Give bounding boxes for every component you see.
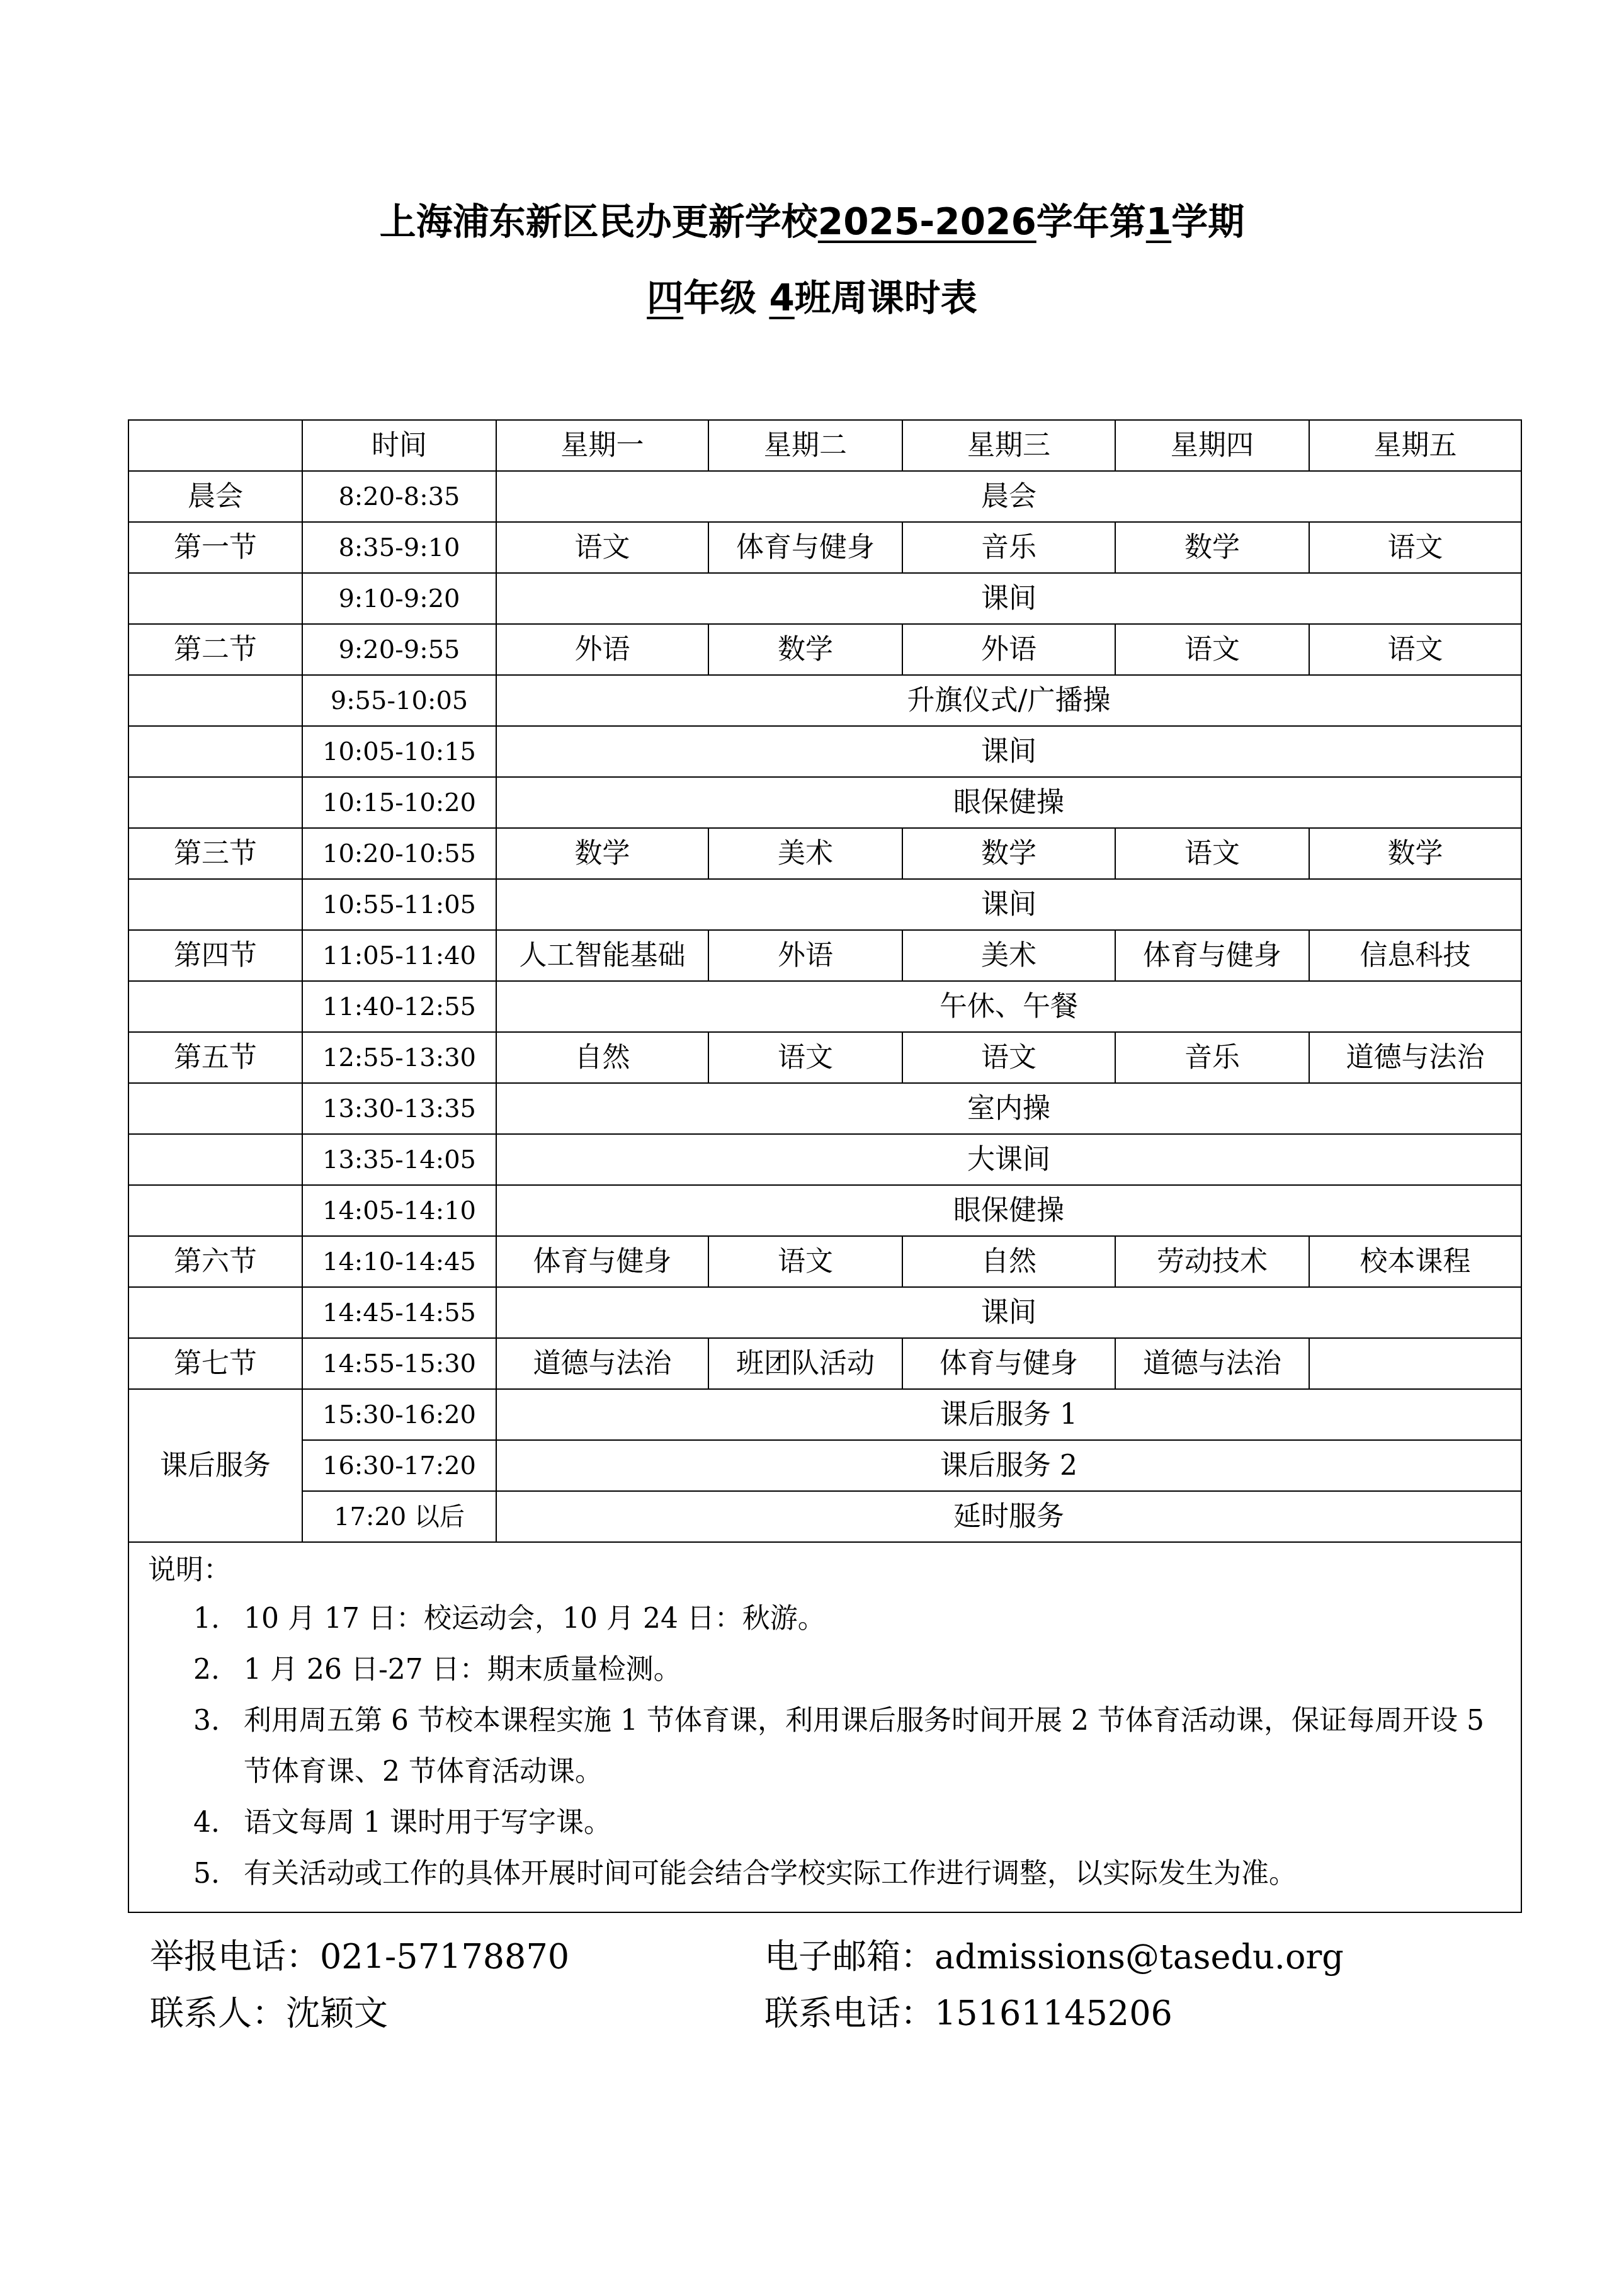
- subject-cell: 体育与健身: [1115, 930, 1309, 981]
- time-cell: 14:55-15:30: [302, 1338, 496, 1389]
- activity-cell: 午休、午餐: [496, 981, 1521, 1032]
- time-cell: 9:10-9:20: [302, 573, 496, 624]
- subject-cell: 外语: [708, 930, 902, 981]
- activity-cell: 课间: [496, 573, 1521, 624]
- subject-cell: 语文: [708, 1032, 902, 1083]
- period-cell: [128, 726, 302, 777]
- subject-cell: 语文: [1309, 522, 1521, 573]
- subtitle-text: 年级: [683, 276, 756, 319]
- table-row: 第六节14:10-14:45体育与健身语文自然劳动技术校本课程: [128, 1236, 1521, 1287]
- table-row: 10:15-10:20眼保健操: [128, 777, 1521, 828]
- table-row: 课后服务15:30-16:20课后服务 1: [128, 1389, 1521, 1440]
- grade: 四: [647, 276, 683, 319]
- subject-cell: 美术: [708, 828, 902, 879]
- note-text: 语文每周 1 课时用于写字课。: [244, 1797, 1508, 1848]
- table-row: 14:45-14:55课间: [128, 1287, 1521, 1338]
- subject-cell: 道德与法治: [496, 1338, 708, 1389]
- time-cell: 8:20-8:35: [302, 471, 496, 522]
- time-cell: 13:35-14:05: [302, 1134, 496, 1185]
- subject-cell: 体育与健身: [496, 1236, 708, 1287]
- document-subtitle: 四年级 4班周课时表: [0, 276, 1624, 320]
- time-cell: 10:15-10:20: [302, 777, 496, 828]
- subject-cell: 语文: [902, 1032, 1115, 1083]
- subject-cell: [1309, 1338, 1521, 1389]
- activity-cell: 室内操: [496, 1083, 1521, 1134]
- table-row: 10:05-10:15课间: [128, 726, 1521, 777]
- period-cell: 第一节: [128, 522, 302, 573]
- subject-cell: 数学: [902, 828, 1115, 879]
- period-cell: [128, 573, 302, 624]
- time-cell: 17:20 以后: [302, 1491, 496, 1542]
- time-cell: 11:05-11:40: [302, 930, 496, 981]
- table-row: 17:20 以后延时服务: [128, 1491, 1521, 1542]
- note-number: 1.: [193, 1593, 244, 1644]
- subject-cell: 语文: [496, 522, 708, 573]
- activity-cell: 课间: [496, 1287, 1521, 1338]
- note-item: 4.语文每周 1 课时用于写字课。: [129, 1797, 1521, 1848]
- period-cell: [128, 1287, 302, 1338]
- time-cell: 12:55-13:30: [302, 1032, 496, 1083]
- time-cell: 10:05-10:15: [302, 726, 496, 777]
- subject-cell: 班团队活动: [708, 1338, 902, 1389]
- timetable-body: 时间 星期一 星期二 星期三 星期四 星期五 晨会8:20-8:35晨会第一节8…: [128, 420, 1521, 1542]
- header-cell: 星期二: [708, 420, 902, 471]
- time-cell: 16:30-17:20: [302, 1440, 496, 1491]
- period-cell: [128, 1185, 302, 1236]
- header-cell: 星期三: [902, 420, 1115, 471]
- note-text: 10 月 17 日：校运动会，10 月 24 日：秋游。: [244, 1593, 1508, 1644]
- title-text: 学年第: [1036, 200, 1146, 243]
- table-row: 第三节10:20-10:55数学美术数学语文数学: [128, 828, 1521, 879]
- subtitle-text: 班周课时表: [795, 276, 977, 319]
- period-cell: 第五节: [128, 1032, 302, 1083]
- period-cell: 课后服务: [128, 1389, 302, 1542]
- period-cell: 第二节: [128, 624, 302, 675]
- activity-cell: 大课间: [496, 1134, 1521, 1185]
- table-row: 9:10-9:20课间: [128, 573, 1521, 624]
- time-cell: 10:20-10:55: [302, 828, 496, 879]
- period-cell: [128, 981, 302, 1032]
- table-row: 9:55-10:05升旗仪式/广播操: [128, 675, 1521, 726]
- header-cell: 星期一: [496, 420, 708, 471]
- note-number: 4.: [193, 1797, 244, 1848]
- period-cell: [128, 1083, 302, 1134]
- subject-cell: 道德与法治: [1115, 1338, 1309, 1389]
- activity-cell: 眼保健操: [496, 777, 1521, 828]
- table-row: 13:30-13:35室内操: [128, 1083, 1521, 1134]
- subject-cell: 自然: [496, 1032, 708, 1083]
- academic-year: 2025-2026: [818, 200, 1036, 243]
- subject-cell: 美术: [902, 930, 1115, 981]
- activity-cell: 晨会: [496, 471, 1521, 522]
- subject-cell: 语文: [708, 1236, 902, 1287]
- activity-cell: 课间: [496, 726, 1521, 777]
- header-cell: 时间: [302, 420, 496, 471]
- activity-cell: 课后服务 2: [496, 1440, 1521, 1491]
- subject-cell: 语文: [1309, 624, 1521, 675]
- subject-cell: 体育与健身: [708, 522, 902, 573]
- time-cell: 14:10-14:45: [302, 1236, 496, 1287]
- header-row: 时间 星期一 星期二 星期三 星期四 星期五: [128, 420, 1521, 471]
- notes-section: 说明： 1.10 月 17 日：校运动会，10 月 24 日：秋游。 2.1 月…: [128, 1542, 1521, 1912]
- table-row: 14:05-14:10眼保健操: [128, 1185, 1521, 1236]
- document-title: 上海浦东新区民办更新学校2025-2026学年第1学期: [0, 200, 1624, 244]
- notes-title: 说明：: [129, 1548, 1521, 1593]
- period-cell: 第六节: [128, 1236, 302, 1287]
- activity-cell: 延时服务: [496, 1491, 1521, 1542]
- subject-cell: 道德与法治: [1309, 1032, 1521, 1083]
- time-cell: 9:55-10:05: [302, 675, 496, 726]
- header-cell: [128, 420, 302, 471]
- subject-cell: 校本课程: [1309, 1236, 1521, 1287]
- subject-cell: 音乐: [1115, 1032, 1309, 1083]
- time-cell: 10:55-11:05: [302, 879, 496, 930]
- note-item: 1.10 月 17 日：校运动会，10 月 24 日：秋游。: [129, 1593, 1521, 1644]
- subject-cell: 数学: [1309, 828, 1521, 879]
- note-text: 利用周五第 6 节校本课程实施 1 节体育课，利用课后服务时间开展 2 节体育活…: [244, 1695, 1508, 1797]
- note-text: 1 月 26 日-27 日：期末质量检测。: [244, 1644, 1508, 1695]
- subject-cell: 语文: [1115, 828, 1309, 879]
- time-cell: 11:40-12:55: [302, 981, 496, 1032]
- period-cell: [128, 675, 302, 726]
- table-row: 第一节8:35-9:10语文体育与健身音乐数学语文: [128, 522, 1521, 573]
- activity-cell: 升旗仪式/广播操: [496, 675, 1521, 726]
- title-text: 学期: [1171, 200, 1244, 243]
- subject-cell: 自然: [902, 1236, 1115, 1287]
- contact-person: 联系人：沈颖文: [150, 1994, 388, 2034]
- school-name: 上海浦东新区民办更新学校: [380, 200, 818, 243]
- table-row: 晨会8:20-8:35晨会: [128, 471, 1521, 522]
- table-row: 10:55-11:05课间: [128, 879, 1521, 930]
- note-item: 2.1 月 26 日-27 日：期末质量检测。: [129, 1644, 1521, 1695]
- subject-cell: 音乐: [902, 522, 1115, 573]
- time-cell: 13:30-13:35: [302, 1083, 496, 1134]
- subject-cell: 数学: [496, 828, 708, 879]
- activity-cell: 课后服务 1: [496, 1389, 1521, 1440]
- time-cell: 9:20-9:55: [302, 624, 496, 675]
- subject-cell: 外语: [496, 624, 708, 675]
- activity-cell: 课间: [496, 879, 1521, 930]
- time-cell: 15:30-16:20: [302, 1389, 496, 1440]
- header-cell: 星期四: [1115, 420, 1309, 471]
- table-row: 第二节9:20-9:55外语数学外语语文语文: [128, 624, 1521, 675]
- timetable: 时间 星期一 星期二 星期三 星期四 星期五 晨会8:20-8:35晨会第一节8…: [128, 419, 1522, 1913]
- table-row: 第五节12:55-13:30自然语文语文音乐道德与法治: [128, 1032, 1521, 1083]
- activity-cell: 眼保健操: [496, 1185, 1521, 1236]
- note-text: 有关活动或工作的具体开展时间可能会结合学校实际工作进行调整，以实际发生为准。: [244, 1848, 1508, 1899]
- subject-cell: 劳动技术: [1115, 1236, 1309, 1287]
- note-item: 3.利用周五第 6 节校本课程实施 1 节体育课，利用课后服务时间开展 2 节体…: [129, 1695, 1521, 1797]
- time-cell: 14:05-14:10: [302, 1185, 496, 1236]
- period-cell: 第七节: [128, 1338, 302, 1389]
- subject-cell: 语文: [1115, 624, 1309, 675]
- period-cell: [128, 1134, 302, 1185]
- period-cell: 晨会: [128, 471, 302, 522]
- note-number: 5.: [193, 1848, 244, 1899]
- table-row: 11:40-12:55午休、午餐: [128, 981, 1521, 1032]
- notes-cell: 说明： 1.10 月 17 日：校运动会，10 月 24 日：秋游。 2.1 月…: [128, 1542, 1521, 1912]
- note-item: 5.有关活动或工作的具体开展时间可能会结合学校实际工作进行调整，以实际发生为准。: [129, 1848, 1521, 1899]
- period-cell: 第四节: [128, 930, 302, 981]
- period-cell: [128, 879, 302, 930]
- table-row: 13:35-14:05大课间: [128, 1134, 1521, 1185]
- contact-email: 电子邮箱：admissions@tasedu.org: [764, 1937, 1344, 1977]
- period-cell: [128, 777, 302, 828]
- term-number: 1: [1146, 200, 1171, 243]
- subject-cell: 外语: [902, 624, 1115, 675]
- table-row: 16:30-17:20课后服务 2: [128, 1440, 1521, 1491]
- report-phone: 举报电话：021-57178870: [150, 1937, 569, 1977]
- time-cell: 14:45-14:55: [302, 1287, 496, 1338]
- subject-cell: 数学: [1115, 522, 1309, 573]
- table-row: 第七节14:55-15:30道德与法治班团队活动体育与健身道德与法治: [128, 1338, 1521, 1389]
- subject-cell: 数学: [708, 624, 902, 675]
- period-cell: 第三节: [128, 828, 302, 879]
- note-number: 2.: [193, 1644, 244, 1695]
- subject-cell: 人工智能基础: [496, 930, 708, 981]
- note-number: 3.: [193, 1695, 244, 1797]
- subject-cell: 信息科技: [1309, 930, 1521, 981]
- subject-cell: 体育与健身: [902, 1338, 1115, 1389]
- class-number: 4: [769, 276, 794, 319]
- time-cell: 8:35-9:10: [302, 522, 496, 573]
- contact-phone: 联系电话：15161145206: [764, 1994, 1173, 2034]
- header-cell: 星期五: [1309, 420, 1521, 471]
- table-row: 第四节11:05-11:40人工智能基础外语美术体育与健身信息科技: [128, 930, 1521, 981]
